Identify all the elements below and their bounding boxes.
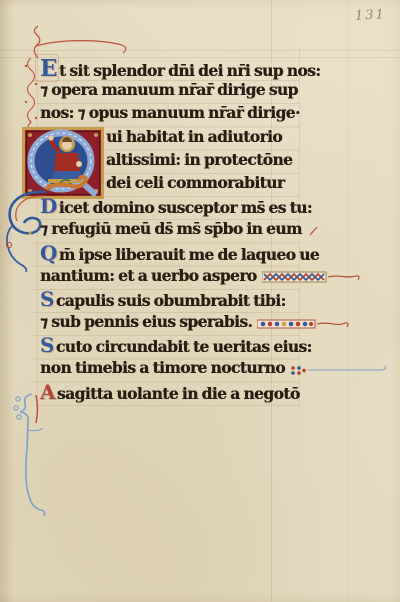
line-text: nantium: et a uerbo aspero	[40, 266, 257, 285]
text-line: nantium: et a uerbo aspero	[40, 266, 302, 289]
text-line: altissimi: in protectōne	[106, 150, 302, 173]
line-filler-beads-icon	[257, 318, 353, 330]
text-line: dei celi commorabitur	[106, 173, 302, 196]
text-block: Et sit splendor dn̄i dei nr̄i sup nos: ⁊…	[40, 57, 302, 405]
line-text: nos: ⁊ opus manuum nr̄ar̄ dirige·	[40, 103, 300, 122]
line-text: cuto circundabit te ueritas eius:	[56, 337, 312, 356]
text-line: Et sit splendor dn̄i dei nr̄i sup nos:	[40, 57, 302, 80]
line-text: ⁊ refugiū meū ds̄ ms̄ sp̄bo in eum	[40, 219, 302, 238]
line-filler-zigzag-icon	[262, 271, 362, 283]
text-line: A sagitta uolante in die a negotō	[40, 382, 302, 405]
text-line: ⁊ refugiū meū ds̄ ms̄ sp̄bo in eum	[40, 219, 302, 242]
versal-initial: S	[40, 289, 54, 309]
folio-number: 131	[355, 7, 387, 24]
manuscript-page: 131	[0, 0, 400, 602]
text-line: ⁊ opera manuum nr̄ar̄ dirige sup	[40, 80, 302, 103]
text-line: Scapulis suis obumbrabit tibi:	[40, 289, 302, 312]
text-line: non timebis a timore nocturno	[40, 358, 302, 381]
line-text: ui habitat in adiutorio	[106, 127, 282, 146]
parchment-crease	[348, 0, 349, 602]
line-text: altissimi: in protectōne	[106, 150, 292, 169]
text-line: ⁊ sub pennis eius sperabis.	[40, 312, 302, 335]
blue-pen-descender-icon	[10, 392, 48, 520]
line-text: t sit splendor dn̄i dei nr̄i sup nos:	[59, 61, 320, 80]
line-text: non timebis a timore nocturno	[40, 358, 285, 377]
line-text: m̄ ipse liberauit me de laqueo ue	[59, 245, 319, 264]
line-filler-dots-icon	[290, 364, 394, 376]
line-text: icet domino susceptor ms̄ es tu:	[59, 198, 312, 217]
text-line: ui habitat in adiutorio	[106, 127, 302, 150]
versal-initial: A	[40, 382, 55, 402]
line-text: sagitta uolante in die a negotō	[57, 384, 300, 403]
line-text: capulis suis obumbrabit tibi:	[56, 291, 286, 310]
versal-initial: D	[40, 196, 57, 216]
line-text: ⁊ opera manuum nr̄ar̄ dirige sup	[40, 80, 298, 99]
text-line: Dicet domino susceptor ms̄ es tu:	[40, 196, 302, 219]
line-text: ⁊ sub pennis eius sperabis.	[40, 312, 252, 331]
correction-mark-icon	[307, 225, 321, 237]
versal-initial: E	[40, 57, 57, 80]
text-line: nos: ⁊ opus manuum nr̄ar̄ dirige·	[40, 103, 302, 126]
text-line: Scuto circundabit te ueritas eius:	[40, 335, 302, 358]
versal-initial: S	[40, 335, 54, 355]
versal-initial: Q	[40, 243, 57, 263]
line-text: dei celi commorabitur	[106, 173, 284, 192]
text-line: Qm̄ ipse liberauit me de laqueo ue	[40, 243, 302, 266]
